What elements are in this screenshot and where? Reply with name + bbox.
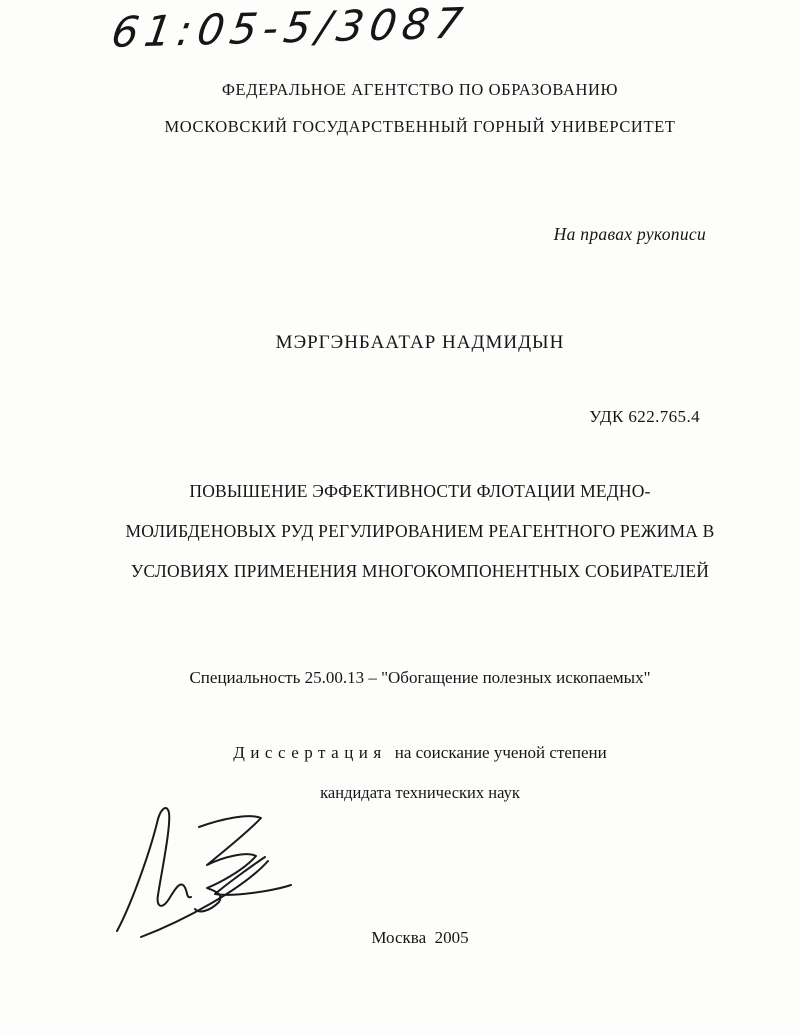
- title-line-1: ПОВЫШЕНИЕ ЭФФЕКТИВНОСТИ ФЛОТАЦИИ МЕДНО-: [40, 478, 799, 518]
- thesis-type-line: Диссертацияна соискание ученой степени: [40, 743, 799, 763]
- udc-code: УДК 622.765.4: [589, 407, 700, 427]
- title-line-3: УСЛОВИЯХ ПРИМЕНЕНИЯ МНОГОКОМПОНЕНТНЫХ СО…: [40, 558, 799, 598]
- title-line-2: МОЛИБДЕНОВЫХ РУД РЕГУЛИРОВАНИЕМ РЕАГЕНТН…: [40, 518, 799, 558]
- agency-name: ФЕДЕРАЛЬНОЕ АГЕНТСТВО ПО ОБРАЗОВАНИЮ: [40, 80, 799, 100]
- specialty-line: Специальность 25.00.13 – "Обогащение пол…: [40, 668, 799, 688]
- dissertation-title: ПОВЫШЕНИЕ ЭФФЕКТИВНОСТИ ФЛОТАЦИИ МЕДНО- …: [40, 478, 799, 598]
- university-name: МОСКОВСКИЙ ГОСУДАРСТВЕННЫЙ ГОРНЫЙ УНИВЕР…: [40, 117, 799, 137]
- manuscript-rights-note: На правах рукописи: [554, 224, 706, 245]
- author-name: МЭРГЭНБААТАР НАДМИДЫН: [40, 332, 799, 354]
- city-year: Москва 2005: [40, 928, 799, 948]
- thesis-word: Диссертация: [233, 743, 387, 762]
- dissertation-title-page: 61:05-5/3087 ФЕДЕРАЛЬНОЕ АГЕНТСТВО ПО ОБ…: [0, 0, 799, 1034]
- handwritten-catalogue-number: 61:05-5/3087: [108, 0, 555, 57]
- signature-scribble: [103, 793, 318, 943]
- thesis-rest: на соискание ученой степени: [395, 743, 607, 762]
- signature-icon: [103, 793, 318, 943]
